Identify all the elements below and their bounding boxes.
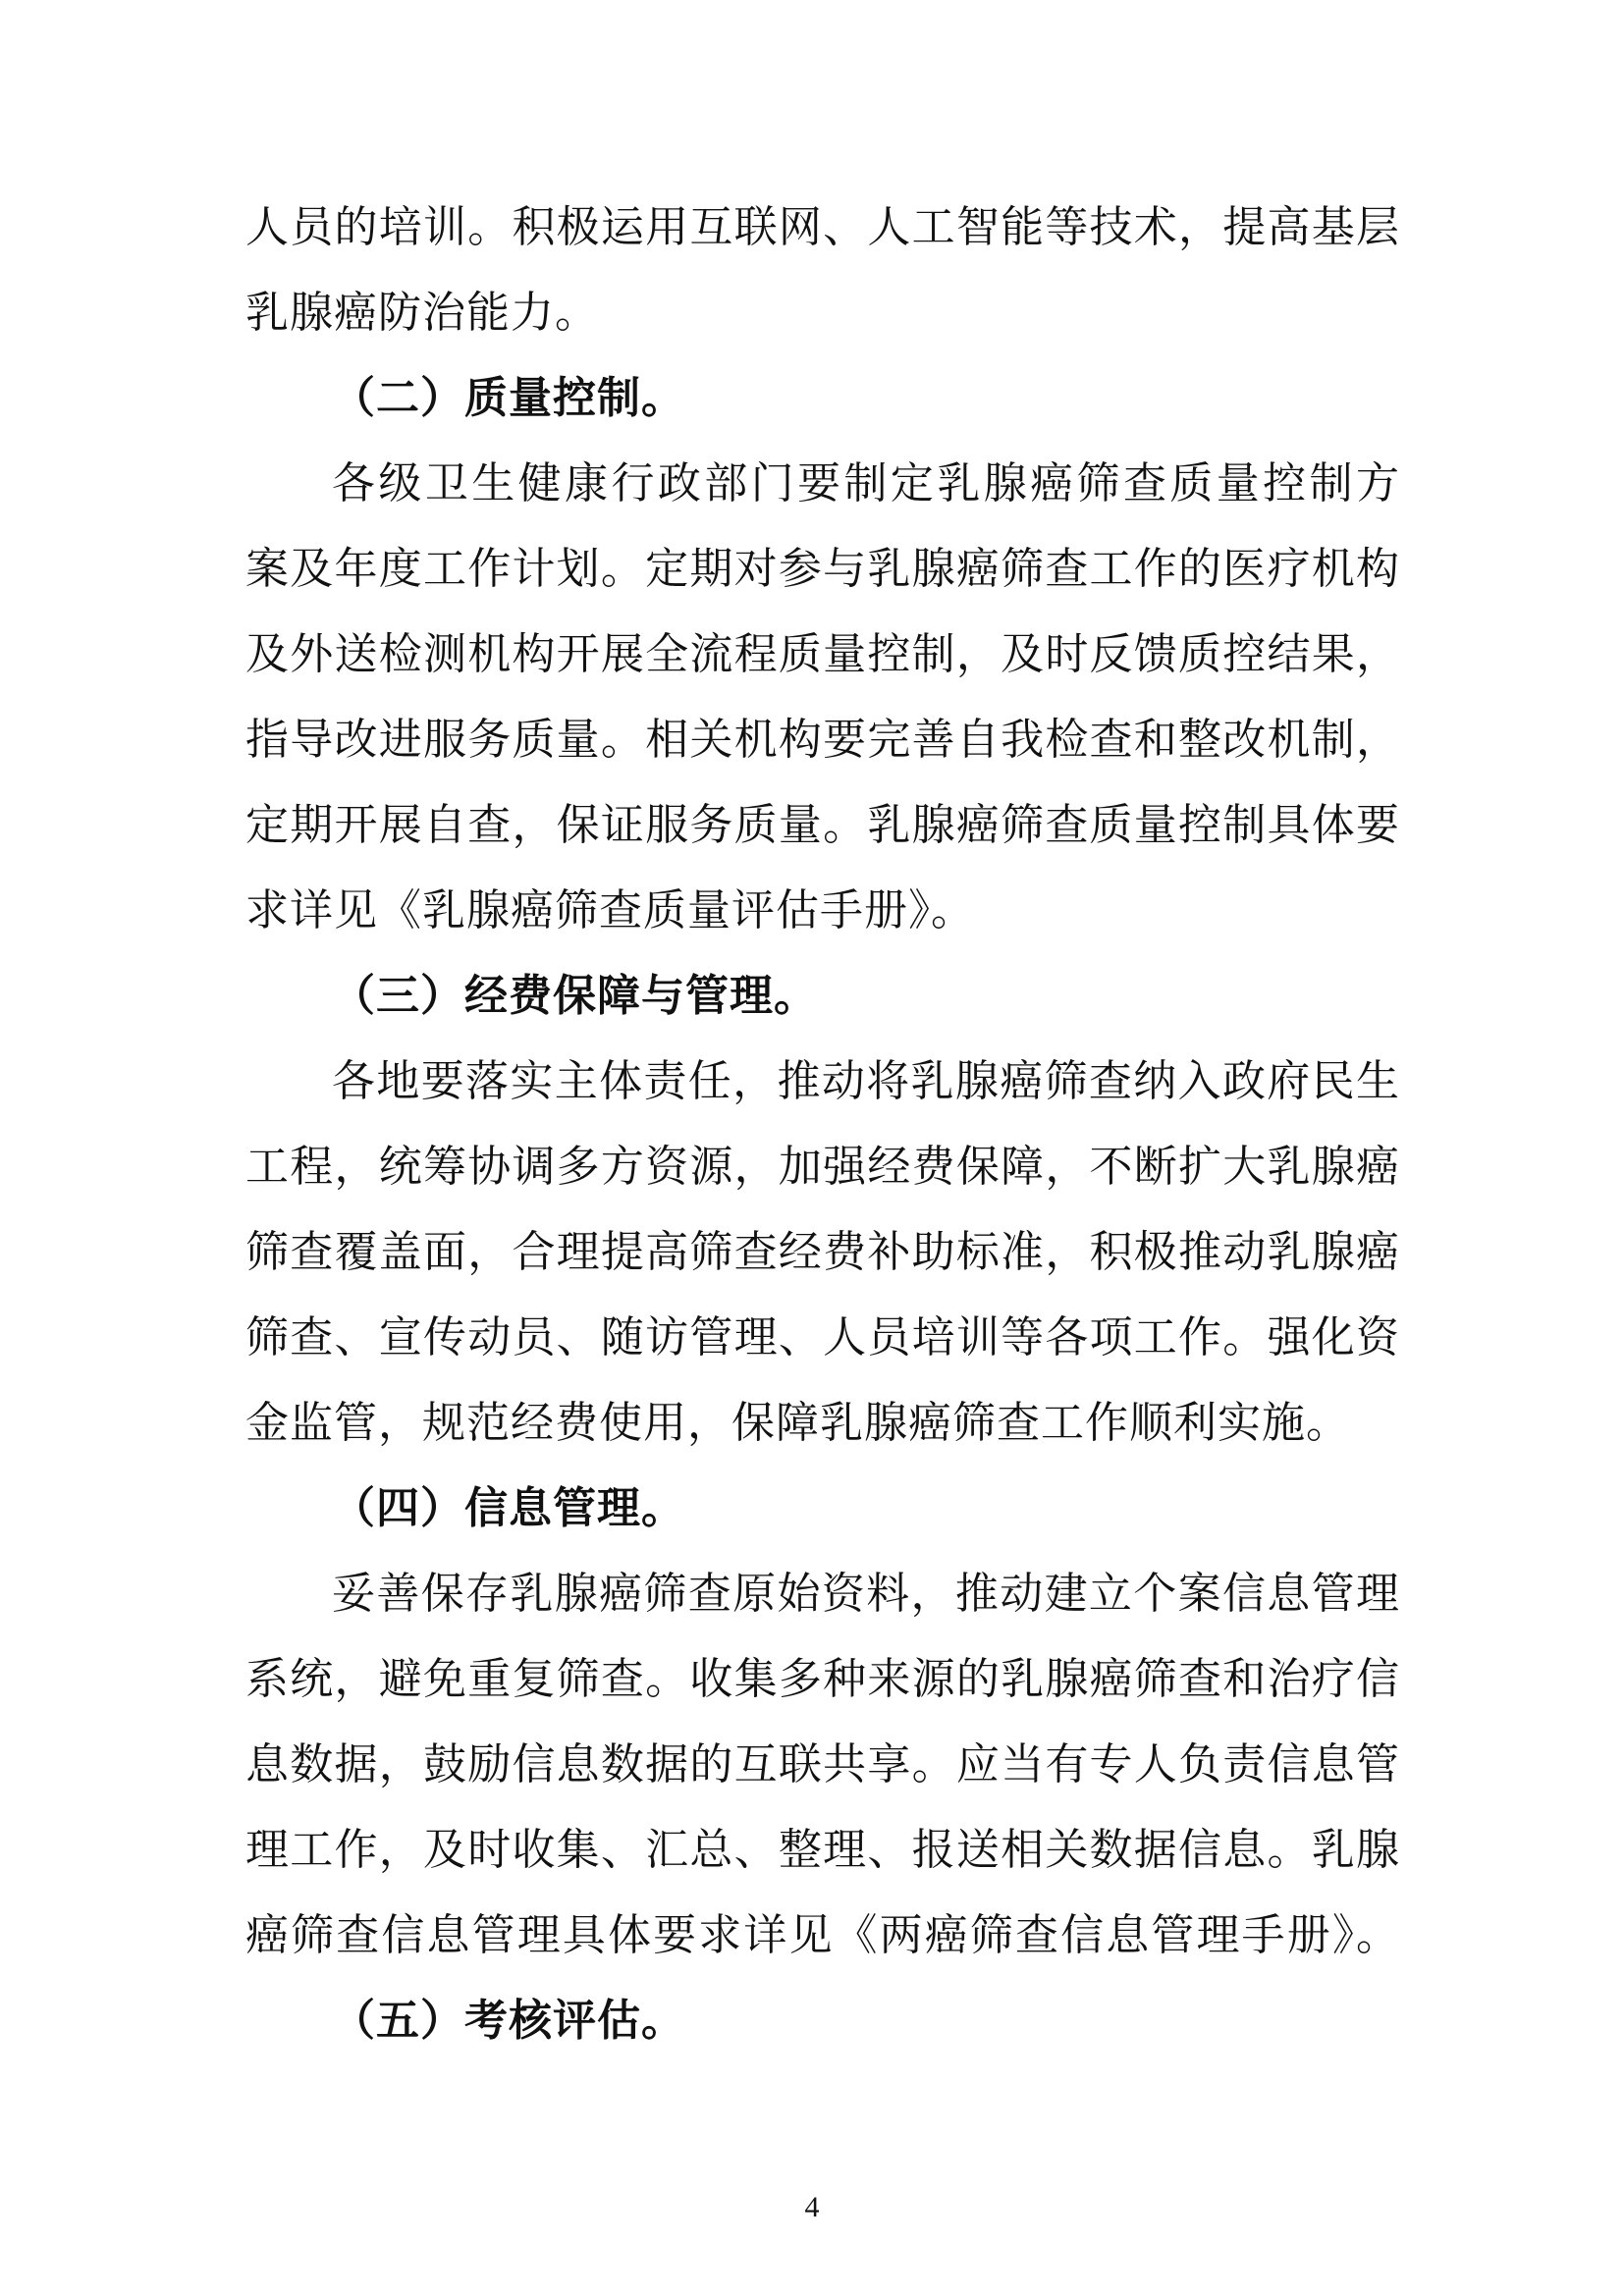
text-line: 筛查、宣传动员、随访管理、人员培训等各项工作。强化资 [245, 1295, 1400, 1380]
text-line: 定期开展自查，保证服务质量。乳腺癌筛查质量控制具体要 [245, 782, 1400, 868]
text-line: 金监管，规范经费使用，保障乳腺癌筛查工作顺利实施。 [245, 1380, 1400, 1466]
document-page: 人员的培训。积极运用互联网、人工智能等技术，提高基层乳腺癌防治能力。（二）质量控… [0, 0, 1624, 2296]
text-line: 妥善保存乳腺癌筛查原始资料，推动建立个案信息管理 [245, 1551, 1400, 1636]
section-heading: （五）考核评估。 [245, 1978, 1400, 2063]
text-line: 理工作，及时收集、汇总、整理、报送相关数据信息。乳腺 [245, 1807, 1400, 1893]
document-body: 人员的培训。积极运用互联网、人工智能等技术，提高基层乳腺癌防治能力。（二）质量控… [245, 185, 1400, 2063]
text-line: 各级卫生健康行政部门要制定乳腺癌筛查质量控制方 [245, 441, 1400, 526]
text-line: 指导改进服务质量。相关机构要完善自我检查和整改机制， [245, 697, 1400, 782]
section-heading: （四）信息管理。 [245, 1466, 1400, 1551]
text-line: 癌筛查信息管理具体要求详见《两癌筛查信息管理手册》。 [245, 1893, 1400, 1978]
text-line: 案及年度工作计划。定期对参与乳腺癌筛查工作的医疗机构 [245, 526, 1400, 612]
text-line: 工程，统筹协调多方资源，加强经费保障，不断扩大乳腺癌 [245, 1124, 1400, 1209]
text-line: 系统，避免重复筛查。收集多种来源的乳腺癌筛查和治疗信 [245, 1636, 1400, 1722]
text-line: 各地要落实主体责任，推动将乳腺癌筛查纳入政府民生 [245, 1039, 1400, 1124]
text-line: 及外送检测机构开展全流程质量控制，及时反馈质控结果， [245, 612, 1400, 697]
text-line: 求详见《乳腺癌筛查质量评估手册》。 [245, 868, 1400, 953]
section-heading: （二）质量控制。 [245, 355, 1400, 441]
text-line: 筛查覆盖面，合理提高筛查经费补助标准，积极推动乳腺癌 [245, 1209, 1400, 1295]
text-line: 人员的培训。积极运用互联网、人工智能等技术，提高基层 [245, 185, 1400, 270]
text-line: 息数据，鼓励信息数据的互联共享。应当有专人负责信息管 [245, 1722, 1400, 1807]
section-heading: （三）经费保障与管理。 [245, 953, 1400, 1039]
text-line: 乳腺癌防治能力。 [245, 270, 1400, 355]
page-number: 4 [0, 2191, 1624, 2224]
